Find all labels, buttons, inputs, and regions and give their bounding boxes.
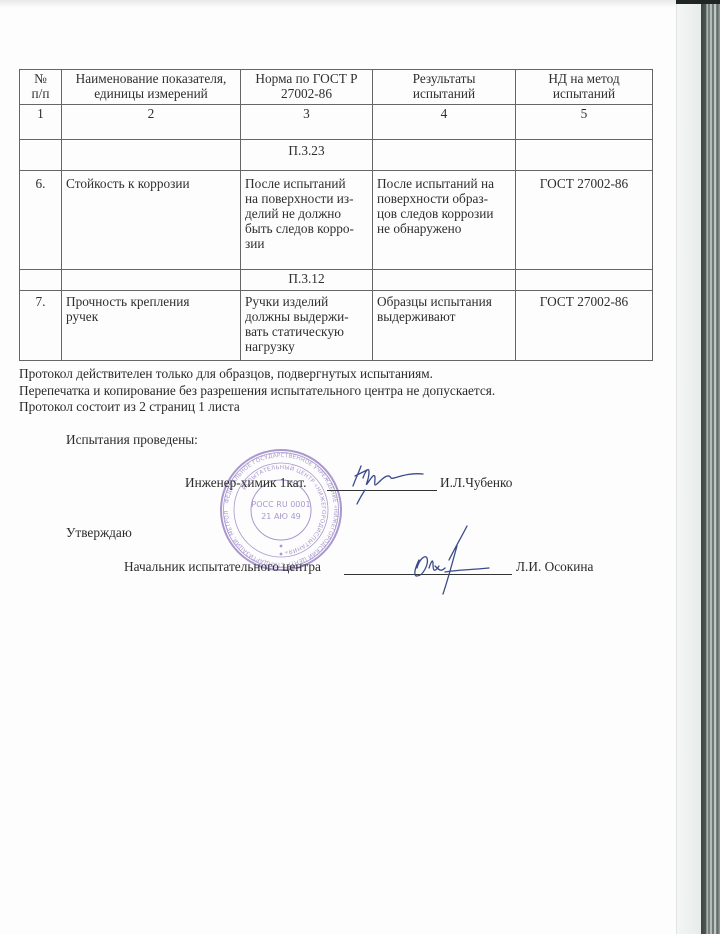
row-indicator: Стойкость к коррозии xyxy=(62,171,241,270)
engineer-name: И.Л.Чубенко xyxy=(440,475,512,491)
scanned-page: №п/п Наименование показателя,единицы изм… xyxy=(0,0,720,934)
header-number: №п/п xyxy=(20,70,62,105)
scan-shadow xyxy=(0,0,690,8)
note-page-count: Протокол состоит из 2 страниц 1 листа xyxy=(19,399,495,416)
row-result: Образцы испытания выдерживают xyxy=(373,291,516,361)
row-number: 6. xyxy=(20,171,62,270)
page-edge xyxy=(676,0,702,934)
column-number: 3 xyxy=(241,105,373,140)
official-stamp: ФЕДЕРАЛЬНОЕ ГОСУДАРСТВЕННОЕ УЧРЕЖДЕНИЕ «… xyxy=(219,448,343,572)
engineer-signature xyxy=(345,458,425,508)
head-signature xyxy=(405,520,495,610)
test-results-table: №п/п Наименование показателя,единицы изм… xyxy=(19,69,653,361)
column-number: 4 xyxy=(373,105,516,140)
row-norm: Ручки изделий должны выдержи- вать стати… xyxy=(241,291,373,361)
header-norm: Норма по ГОСТ Р27002-86 xyxy=(241,70,373,105)
header-results: Результатыиспытаний xyxy=(373,70,516,105)
row-norm: После испытаний на поверхности из- делий… xyxy=(241,171,373,270)
tests-conducted-label: Испытания проведены: xyxy=(66,432,198,448)
note-copy-restriction: Перепечатка и копирование без разрешения… xyxy=(19,383,495,400)
table-header-row: №п/п Наименование показателя,единицы изм… xyxy=(20,70,653,105)
clause-row: П.3.23 xyxy=(20,140,653,171)
stamp-code: РОСС RU 0001 xyxy=(251,500,310,509)
column-number: 2 xyxy=(62,105,241,140)
protocol-notes: Протокол действителен только для образцо… xyxy=(19,366,495,416)
table-row: 6. Стойкость к коррозии После испытаний … xyxy=(20,171,653,270)
header-indicator: Наименование показателя,единицы измерени… xyxy=(62,70,241,105)
row-number: 7. xyxy=(20,291,62,361)
note-validity: Протокол действителен только для образцо… xyxy=(19,366,495,383)
binding-edge xyxy=(701,0,720,934)
head-name: Л.И. Осокина xyxy=(516,559,593,575)
table-row: 7. Прочность крепления ручек Ручки издел… xyxy=(20,291,653,361)
row-method: ГОСТ 27002-86 xyxy=(516,291,653,361)
clause-reference: П.3.12 xyxy=(241,270,373,291)
column-number-row: 1 2 3 4 5 xyxy=(20,105,653,140)
clause-row: П.3.12 xyxy=(20,270,653,291)
row-method: ГОСТ 27002-86 xyxy=(516,171,653,270)
clause-reference: П.3.23 xyxy=(241,140,373,171)
column-number: 5 xyxy=(516,105,653,140)
row-result: После испытаний на поверхности образ- цо… xyxy=(373,171,516,270)
binding-edge-top xyxy=(676,0,720,4)
header-method: НД на методиспытаний xyxy=(516,70,653,105)
row-indicator: Прочность крепления ручек xyxy=(62,291,241,361)
head-position: Начальник испытательного центра xyxy=(124,559,321,575)
stamp-number: 21 АЮ 49 xyxy=(261,512,301,521)
engineer-position: Инженер-химик 1кат. xyxy=(185,475,306,491)
column-number: 1 xyxy=(20,105,62,140)
approve-label: Утверждаю xyxy=(66,525,132,541)
